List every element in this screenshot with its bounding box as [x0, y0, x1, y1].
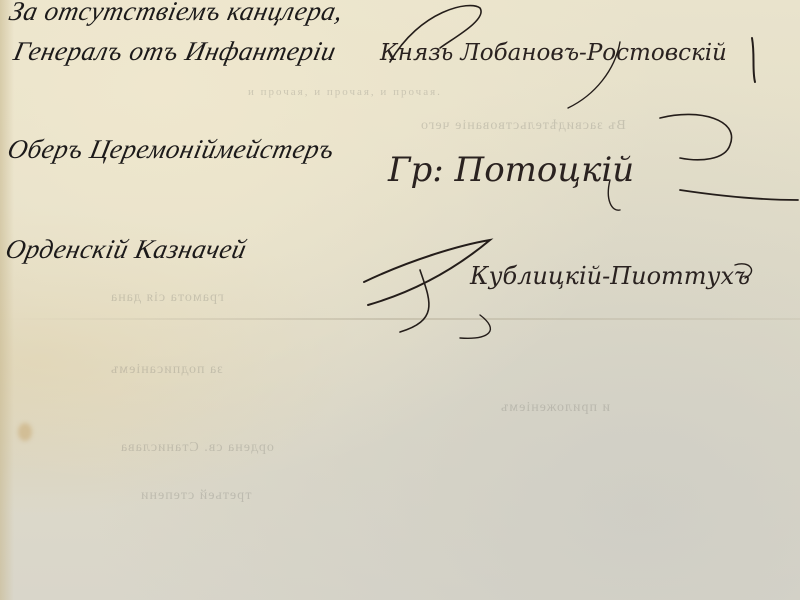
- title-line-chancellor: За отсутствіемъ канцлера,: [7, 0, 347, 27]
- printed-body-fragment: третьей степени: [140, 488, 251, 504]
- title-line-general: Генералъ отъ Инфантеріи: [11, 36, 339, 67]
- printed-body-fragment: за подписаніемъ: [110, 362, 223, 378]
- signature-flourish-2: [380, 100, 800, 220]
- printed-body-fragment: грамота сія дана: [110, 290, 224, 306]
- title-line-ober-ceremonymaster: Оберъ Церемоніймейстеръ: [5, 134, 338, 165]
- signature-flourish-3: [360, 220, 800, 340]
- printed-body-fragment: ордена св. Станислава: [120, 440, 274, 456]
- foxing-stain: [18, 423, 32, 441]
- paper-edge-shadow: [0, 0, 14, 600]
- printed-body-fragment: и приложеніемъ: [500, 400, 610, 416]
- title-line-order-treasurer: Орденскій Казначей: [3, 234, 250, 265]
